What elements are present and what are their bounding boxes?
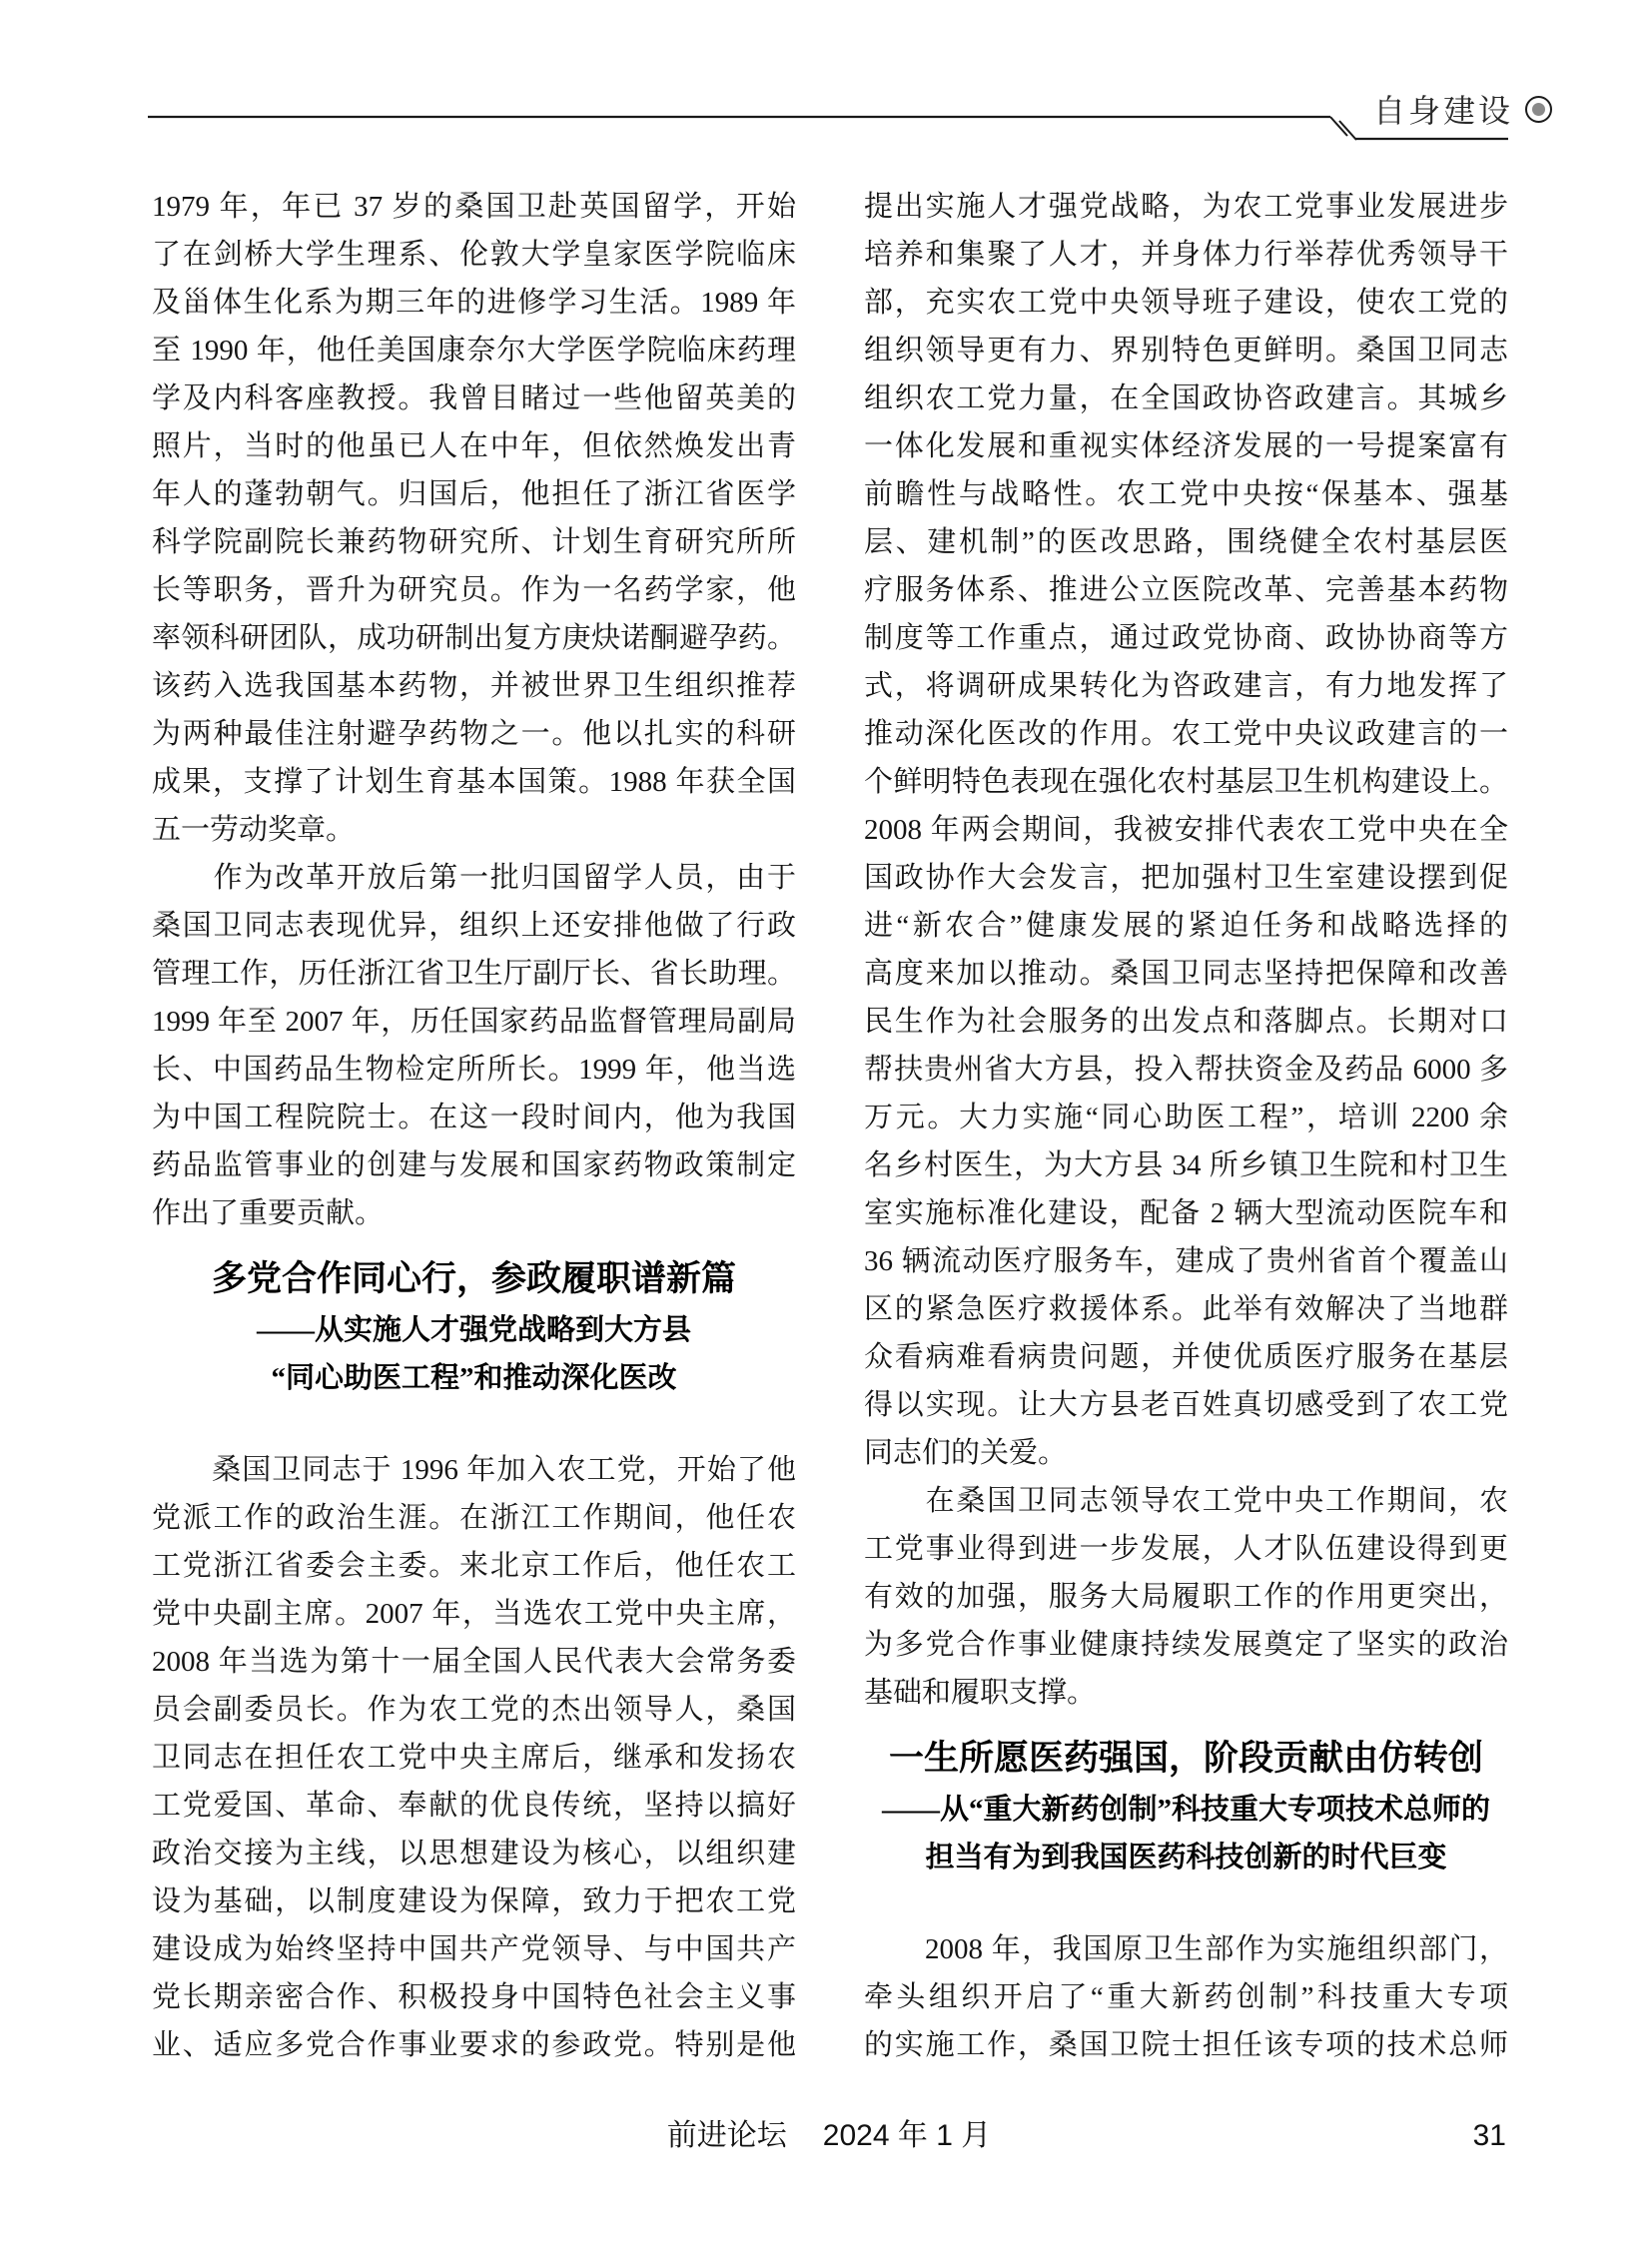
text-line: 在桑国卫同志领导农工党中央工作期间，农 (864, 1477, 1508, 1525)
text-line: 作为改革开放后第一批归国留学人员，由于 (152, 854, 796, 902)
text-line: 的实施工作，桑国卫院士担任该专项的技术总师 (864, 2021, 1508, 2069)
text-line: 同志们的关爱。 (864, 1429, 1508, 1477)
text-line: 药品监管事业的创建与发展和国家药物政策制定 (152, 1141, 796, 1189)
text-line: 为两种最佳注射避孕药物之一。他以扎实的科研 (152, 710, 796, 758)
target-circle-icon (1525, 96, 1552, 123)
text-line: 建设成为始终坚持中国共产党领导、与中国共产 (152, 1925, 796, 1973)
section-subheading: ——从实施人才强党战略到大方县 (152, 1306, 796, 1354)
text-line: 制度等工作重点，通过政党协商、政协协商等方 (864, 614, 1508, 662)
text-line: 疗服务体系、推进公立医院改革、完善基本药物 (864, 566, 1508, 614)
text-line: 学及内科客座教授。我曾目睹过一些他留英美的 (152, 374, 796, 422)
text-line: 2008 年，我国原卫生部作为实施组织部门， (864, 1925, 1508, 1973)
text-line: 设为基础，以制度建设为保障，致力于把农工党 (152, 1877, 796, 1925)
text-line: 工党事业得到进一步发展，人才队伍建设得到更 (864, 1525, 1508, 1573)
text-line: 培养和集聚了人才，并身体力行举荐优秀领导干 (864, 231, 1508, 279)
section-gap (864, 1881, 1508, 1925)
section-gap (152, 1402, 796, 1446)
text-line: 工党浙江省委会主委。来北京工作后，他任农工 (152, 1542, 796, 1590)
text-line: 万元。大力实施“同心助医工程”，培训 2200 余 (864, 1094, 1508, 1141)
text-line: 层、建机制”的医改思路，围绕健全农村基层医 (864, 518, 1508, 566)
footer-center: 前进论坛 2024 年 1 月 (152, 2115, 1506, 2157)
section-label: 自身建设 (1373, 86, 1513, 132)
text-line: 长、中国药品生物检定所所长。1999 年，他当选 (152, 1046, 796, 1094)
page-number: 31 (1473, 2115, 1506, 2157)
text-line: 帮扶贵州省大方县，投入帮扶资金及药品 6000 多 (864, 1046, 1508, 1094)
section-subheading: 担当有为到我国医药科技创新的时代巨变 (864, 1834, 1508, 1881)
text-line: 员会副委员长。作为农工党的杰出领导人，桑国 (152, 1686, 796, 1734)
magazine-page: 自身建设 1979 年，年已 37 岁的桑国卫赴英国留学，开始了在剑桥大学生理系… (0, 0, 1652, 2242)
text-line: 党派工作的政治生涯。在浙江工作期间，他任农 (152, 1494, 796, 1542)
text-line: 党长期亲密合作、积极投身中国特色社会主义事 (152, 1973, 796, 2021)
text-line: 长等职务，晋升为研究员。作为一名药学家，他 (152, 566, 796, 614)
text-line: 部，充实农工党中央领导班子建设，使农工党的 (864, 279, 1508, 327)
text-line: 36 辆流动医疗服务车，建成了贵州省首个覆盖山 (864, 1237, 1508, 1285)
article-column-right: 提出实施人才强党战略，为农工党事业发展进步培养和集聚了人才，并身体力行举荐优秀领… (864, 183, 1508, 2069)
text-line: 为多党合作事业健康持续发展奠定了坚实的政治 (864, 1621, 1508, 1669)
text-line: 1979 年，年已 37 岁的桑国卫赴英国留学，开始 (152, 183, 796, 231)
text-line: 了在剑桥大学生理系、伦敦大学皇家医学院临床 (152, 231, 796, 279)
text-line: 管理工作，历任浙江省卫生厅副厅长、省长助理。 (152, 950, 796, 998)
text-line: 为中国工程院院士。在这一段时间内，他为我国 (152, 1094, 796, 1141)
text-line: 国政协作大会发言，把加强村卫生室建设摆到促 (864, 854, 1508, 902)
text-line: 个鲜明特色表现在强化农村基层卫生机构建设上。 (864, 758, 1508, 806)
text-line: 党中央副主席。2007 年，当选农工党中央主席， (152, 1590, 796, 1638)
page-footer: 前进论坛 2024 年 1 月 31 (152, 2115, 1506, 2157)
text-line: 作出了重要贡献。 (152, 1189, 796, 1237)
bullet-dot (1532, 103, 1545, 116)
text-line: 至 1990 年，他任美国康奈尔大学医学院临床药理 (152, 327, 796, 374)
text-line: 工党爱国、革命、奉献的优良传统，坚持以搞好 (152, 1782, 796, 1830)
journal-name: 前进论坛 (667, 2115, 787, 2157)
header-rule (0, 0, 1652, 160)
text-line: 率领科研团队，成功研制出复方庚炔诺酮避孕药。 (152, 614, 796, 662)
text-line: 该药入选我国基本药物，并被世界卫生组织推荐 (152, 662, 796, 710)
text-line: 照片，当时的他虽已人在中年，但依然焕发出青 (152, 422, 796, 470)
text-line: 式，将调研成果转化为咨政建言，有力地发挥了 (864, 662, 1508, 710)
text-line: 有效的加强，服务大局履职工作的作用更突出， (864, 1573, 1508, 1621)
text-line: 五一劳动奖章。 (152, 806, 796, 854)
issue-date: 2024 年 1 月 (823, 2115, 991, 2157)
text-line: 牵头组织开启了“重大新药创制”科技重大专项 (864, 1973, 1508, 2021)
text-line: 1999 年至 2007 年，历任国家药品监督管理局副局 (152, 998, 796, 1046)
text-line: 及甾体生化系为期三年的进修学习生活。1989 年 (152, 279, 796, 327)
text-line: 年人的蓬勃朝气。归国后，他担任了浙江省医学 (152, 470, 796, 518)
text-line: 业、适应多党合作事业要求的参政党。特别是他 (152, 2021, 796, 2069)
text-line: 得以实现。让大方县老百姓真切感受到了农工党 (864, 1381, 1508, 1429)
text-line: 前瞻性与战略性。农工党中央按“保基本、强基 (864, 470, 1508, 518)
text-line: 名乡村医生，为大方县 34 所乡镇卫生院和村卫生 (864, 1141, 1508, 1189)
text-line: 卫同志在担任农工党中央主席后，继承和发扬农 (152, 1734, 796, 1782)
text-line: 一体化发展和重视实体经济发展的一号提案富有 (864, 422, 1508, 470)
text-line: 2008 年当选为第十一届全国人民代表大会常务委 (152, 1638, 796, 1686)
text-line: 进“新农合”健康发展的紧迫任务和战略选择的 (864, 902, 1508, 950)
text-line: 桑国卫同志于 1996 年加入农工党，开始了他 (152, 1446, 796, 1494)
text-line: 室实施标准化建设，配备 2 辆大型流动医院车和 (864, 1189, 1508, 1237)
section-subheading: “同心助医工程”和推动深化医改 (152, 1354, 796, 1402)
text-line: 科学院副院长兼药物研究所、计划生育研究所所 (152, 518, 796, 566)
section-heading: 多党合作同心行，参政履职谱新篇 (152, 1252, 796, 1306)
text-line: 桑国卫同志表现优异，组织上还安排他做了行政 (152, 902, 796, 950)
text-line: 政治交接为主线，以思想建设为核心，以组织建 (152, 1830, 796, 1877)
text-line: 民生作为社会服务的出发点和落脚点。长期对口 (864, 998, 1508, 1046)
text-line: 成果，支撑了计划生育基本国策。1988 年获全国 (152, 758, 796, 806)
text-line: 推动深化医改的作用。农工党中央议政建言的一 (864, 710, 1508, 758)
article-column-left: 1979 年，年已 37 岁的桑国卫赴英国留学，开始了在剑桥大学生理系、伦敦大学… (152, 183, 796, 2069)
text-line: 区的紧急医疗救援体系。此举有效解决了当地群 (864, 1285, 1508, 1333)
text-line: 高度来加以推动。桑国卫同志坚持把保障和改善 (864, 950, 1508, 998)
text-line: 提出实施人才强党战略，为农工党事业发展进步 (864, 183, 1508, 231)
text-line: 组织农工党力量，在全国政协咨政建言。其城乡 (864, 374, 1508, 422)
section-subheading: ——从“重大新药创制”科技重大专项技术总师的 (864, 1786, 1508, 1834)
text-line: 组织领导更有力、界别特色更鲜明。桑国卫同志 (864, 327, 1508, 374)
text-line: 众看病难看病贵问题，并使优质医疗服务在基层 (864, 1333, 1508, 1381)
text-line: 2008 年两会期间，我被安排代表农工党中央在全 (864, 806, 1508, 854)
section-heading: 一生所愿医药强国，阶段贡献由仿转创 (864, 1732, 1508, 1786)
text-line: 基础和履职支撑。 (864, 1669, 1508, 1717)
